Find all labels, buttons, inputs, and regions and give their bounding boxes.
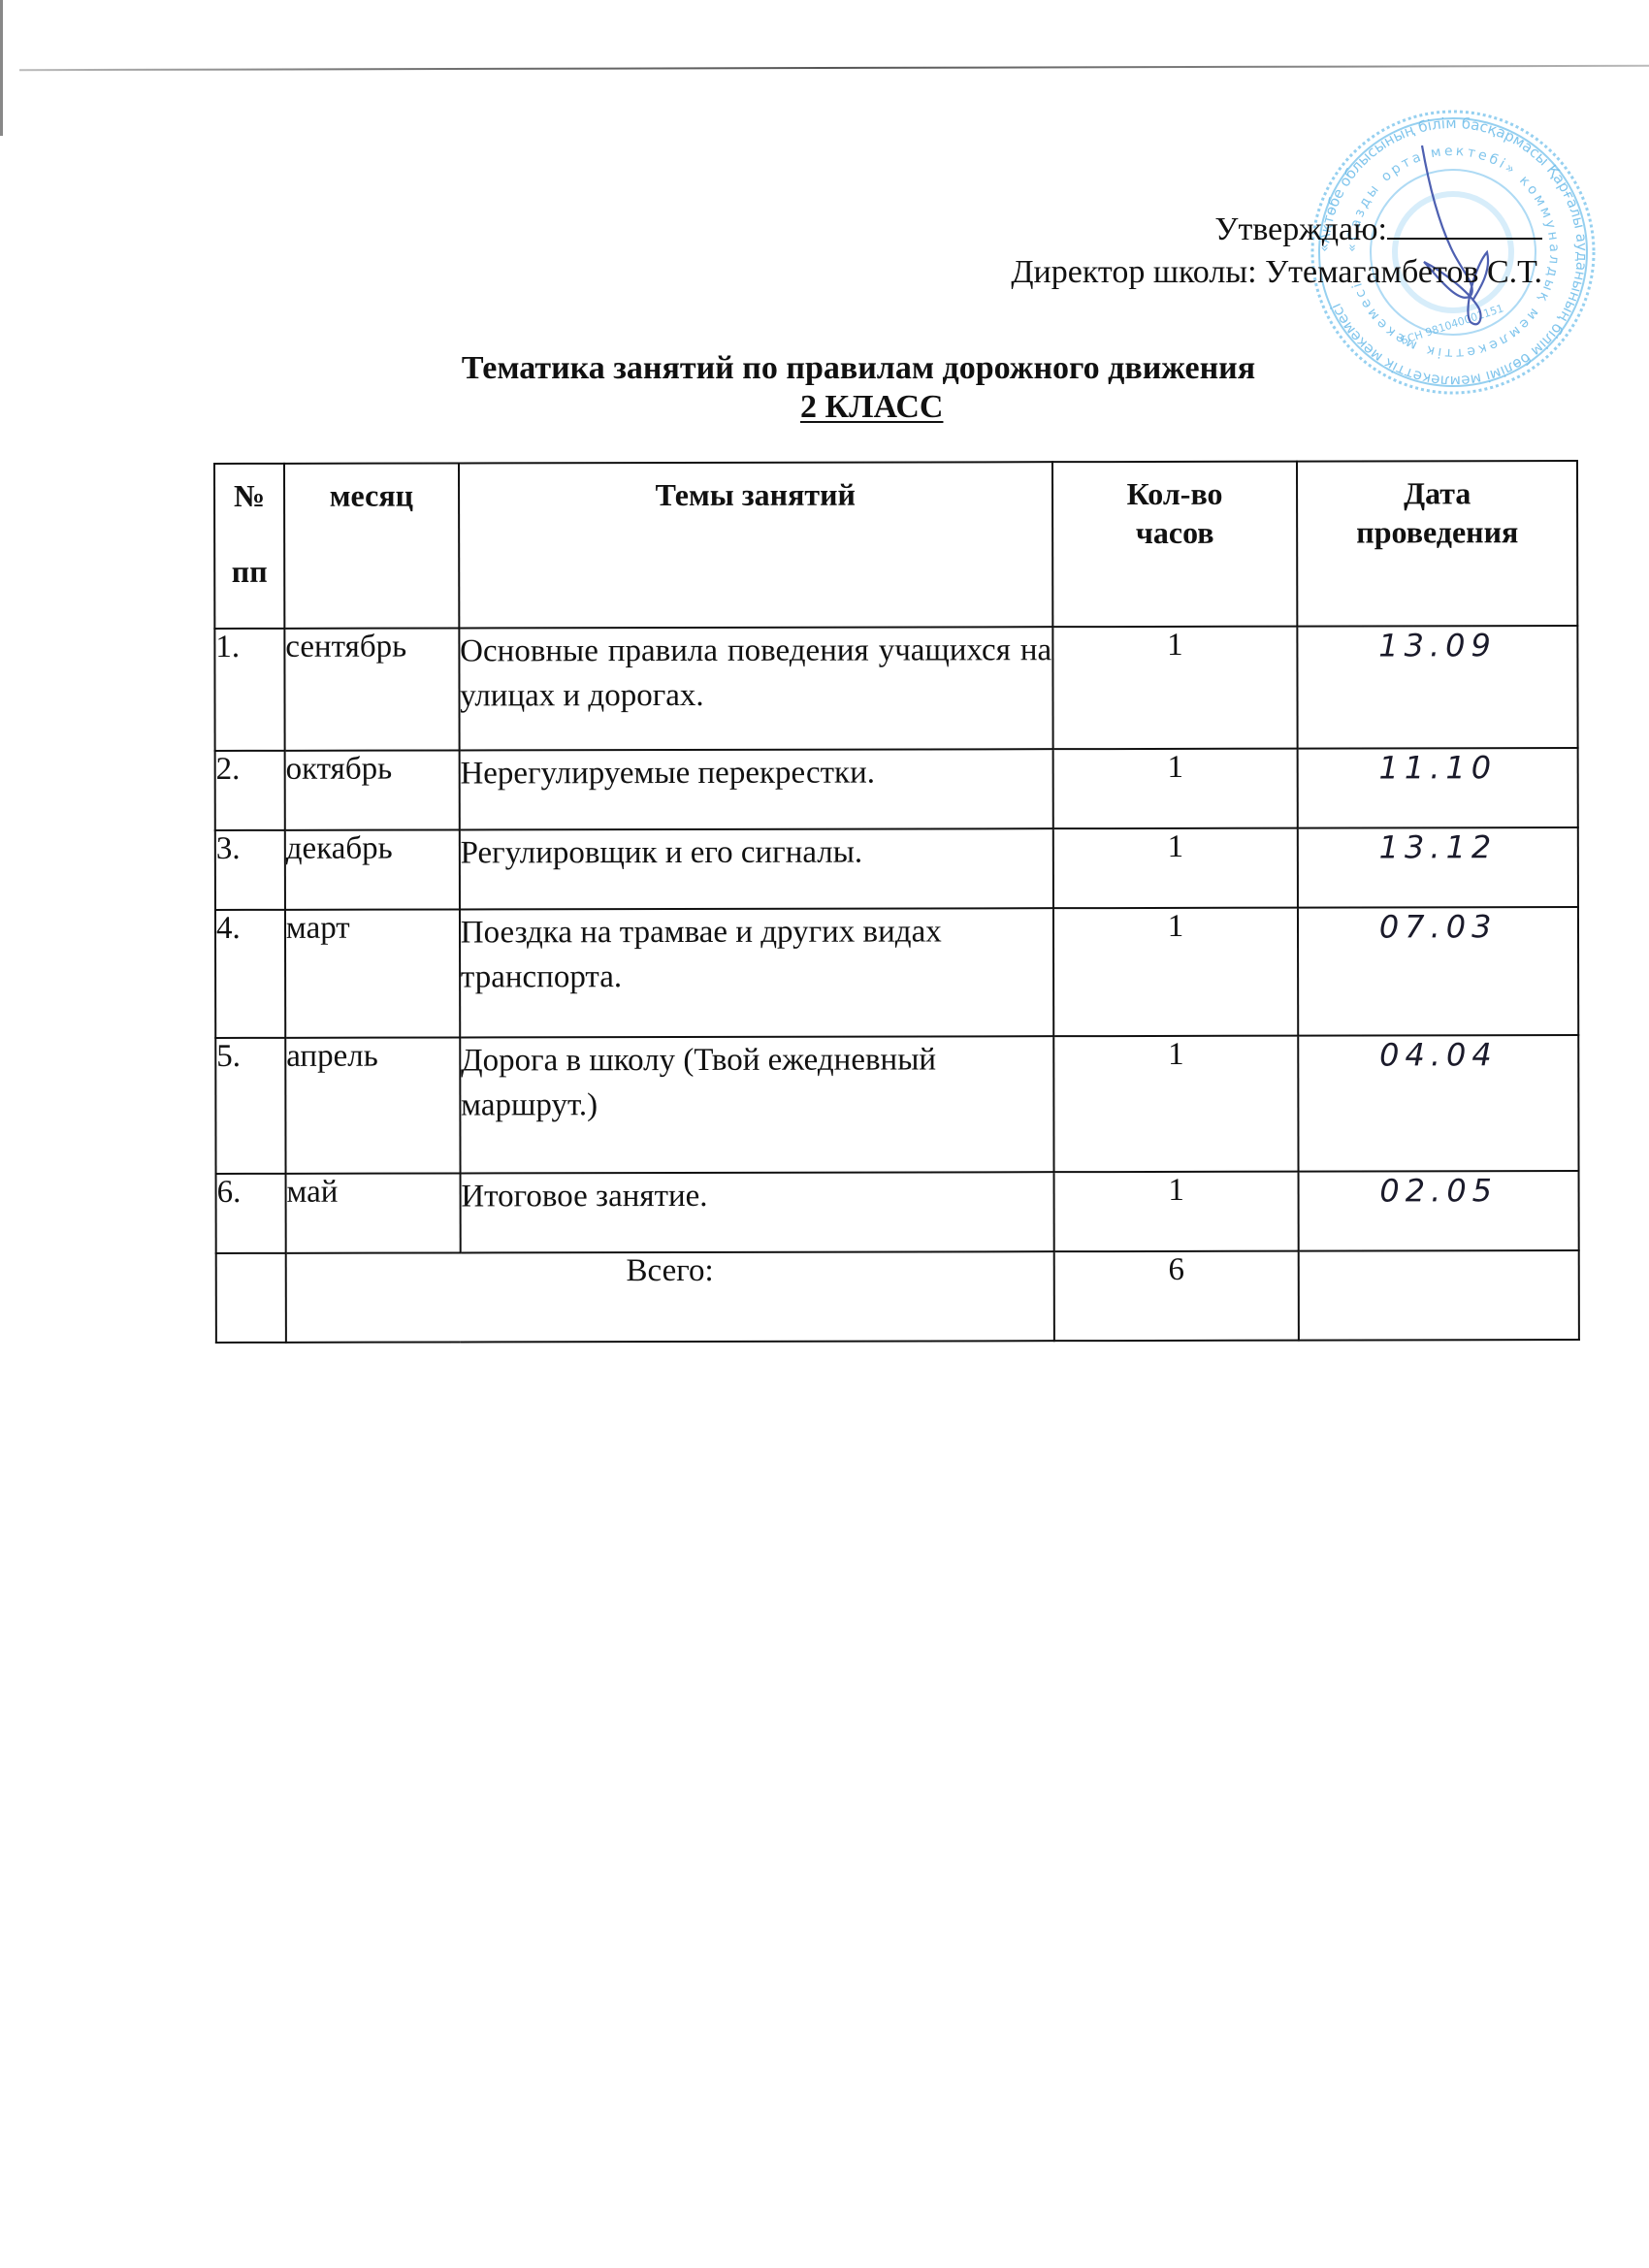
total-label: Всего: [286, 1251, 1054, 1343]
approval-block: Утверждаю: Директор школы: Утемагамбетов… [1011, 209, 1542, 294]
header-topic: Темы занятий [459, 462, 1052, 628]
table-row: 5. апрель Дорога в школу (Твой ежедневны… [215, 1035, 1578, 1174]
row-hours: 1 [1053, 908, 1299, 1037]
scan-edge [0, 0, 3, 136]
row-date: 04.04 [1299, 1035, 1579, 1172]
total-date [1299, 1250, 1579, 1341]
row-num: 3. [215, 830, 285, 910]
row-topic: Нерегулируемые перекрестки. [459, 749, 1052, 829]
row-month: апрель [285, 1037, 460, 1173]
row-month: сентябрь [284, 628, 459, 750]
header-num-symbol: № [234, 478, 265, 513]
row-hours: 1 [1052, 749, 1298, 829]
table-total-row: Всего: 6 [216, 1250, 1579, 1343]
header-hours-line2: часов [1053, 513, 1297, 553]
row-hours: 1 [1053, 1036, 1299, 1173]
scan-top-line [19, 65, 1649, 71]
header-date: Дата проведения [1297, 461, 1577, 627]
header-num: № пп [214, 464, 284, 629]
row-topic: Основные правила поведения учащихся на у… [459, 627, 1052, 750]
director-line: Директор школы: Утемагамбетов С.Т. [1011, 251, 1542, 294]
row-num: 1. [214, 629, 284, 751]
row-num: 5. [215, 1038, 285, 1174]
row-topic: Поездка на трамвае и других видах трансп… [460, 908, 1053, 1037]
row-topic: Дорога в школу (Твой ежедневный маршрут.… [460, 1036, 1053, 1173]
row-topic: Регулировщик и его сигналы. [460, 828, 1053, 909]
header-month: месяц [284, 463, 459, 628]
row-month: май [285, 1173, 460, 1252]
table-row: 2. октябрь Нерегулируемые перекрестки. 1… [215, 748, 1578, 830]
signature-line [1387, 209, 1542, 240]
table-row: 3. декабрь Регулировщик и его сигналы. 1… [215, 827, 1578, 910]
row-date: 02.05 [1299, 1171, 1579, 1251]
header-hours: Кол-во часов [1052, 462, 1298, 628]
row-topic: Итоговое занятие. [460, 1172, 1053, 1252]
header-num-pp: пп [215, 552, 283, 591]
document-title: Тематика занятий по правилам дорожного д… [0, 349, 1649, 388]
stamp-bin: БСН 981040001151 [1399, 302, 1505, 347]
header-hours-line1: Кол-во [1053, 474, 1297, 514]
row-month: октябрь [285, 750, 460, 829]
row-date: 13.09 [1298, 626, 1578, 749]
header-date-line1: Дата [1298, 473, 1576, 513]
row-num: 6. [216, 1174, 286, 1253]
row-date: 13.12 [1298, 827, 1578, 908]
lessons-table: № пп месяц Темы занятий Кол-во часов Дат… [213, 460, 1580, 1344]
table-row: 1. сентябрь Основные правила поведения у… [214, 626, 1577, 751]
document-heading: Тематика занятий по правилам дорожного д… [0, 349, 1649, 427]
header-date-line2: проведения [1298, 512, 1576, 552]
approve-label: Утверждаю: [1214, 211, 1387, 247]
row-num: 4. [215, 910, 285, 1038]
row-month: март [285, 909, 460, 1037]
row-hours: 1 [1052, 627, 1298, 750]
table-row: 6. май Итоговое занятие. 1 02.05 [216, 1171, 1579, 1253]
table-header-row: № пп месяц Темы занятий Кол-во часов Дат… [214, 461, 1577, 629]
row-num: 2. [215, 751, 285, 830]
row-date: 11.10 [1298, 748, 1578, 828]
total-hours: 6 [1053, 1251, 1299, 1342]
row-hours: 1 [1053, 1172, 1299, 1252]
total-empty-cell [216, 1253, 286, 1343]
row-month: декабрь [285, 829, 460, 909]
row-date: 07.03 [1298, 907, 1578, 1036]
row-hours: 1 [1053, 828, 1299, 909]
class-subtitle: 2 КЛАСС [276, 388, 1649, 427]
table-row: 4. март Поездка на трамвае и других вида… [215, 907, 1578, 1038]
